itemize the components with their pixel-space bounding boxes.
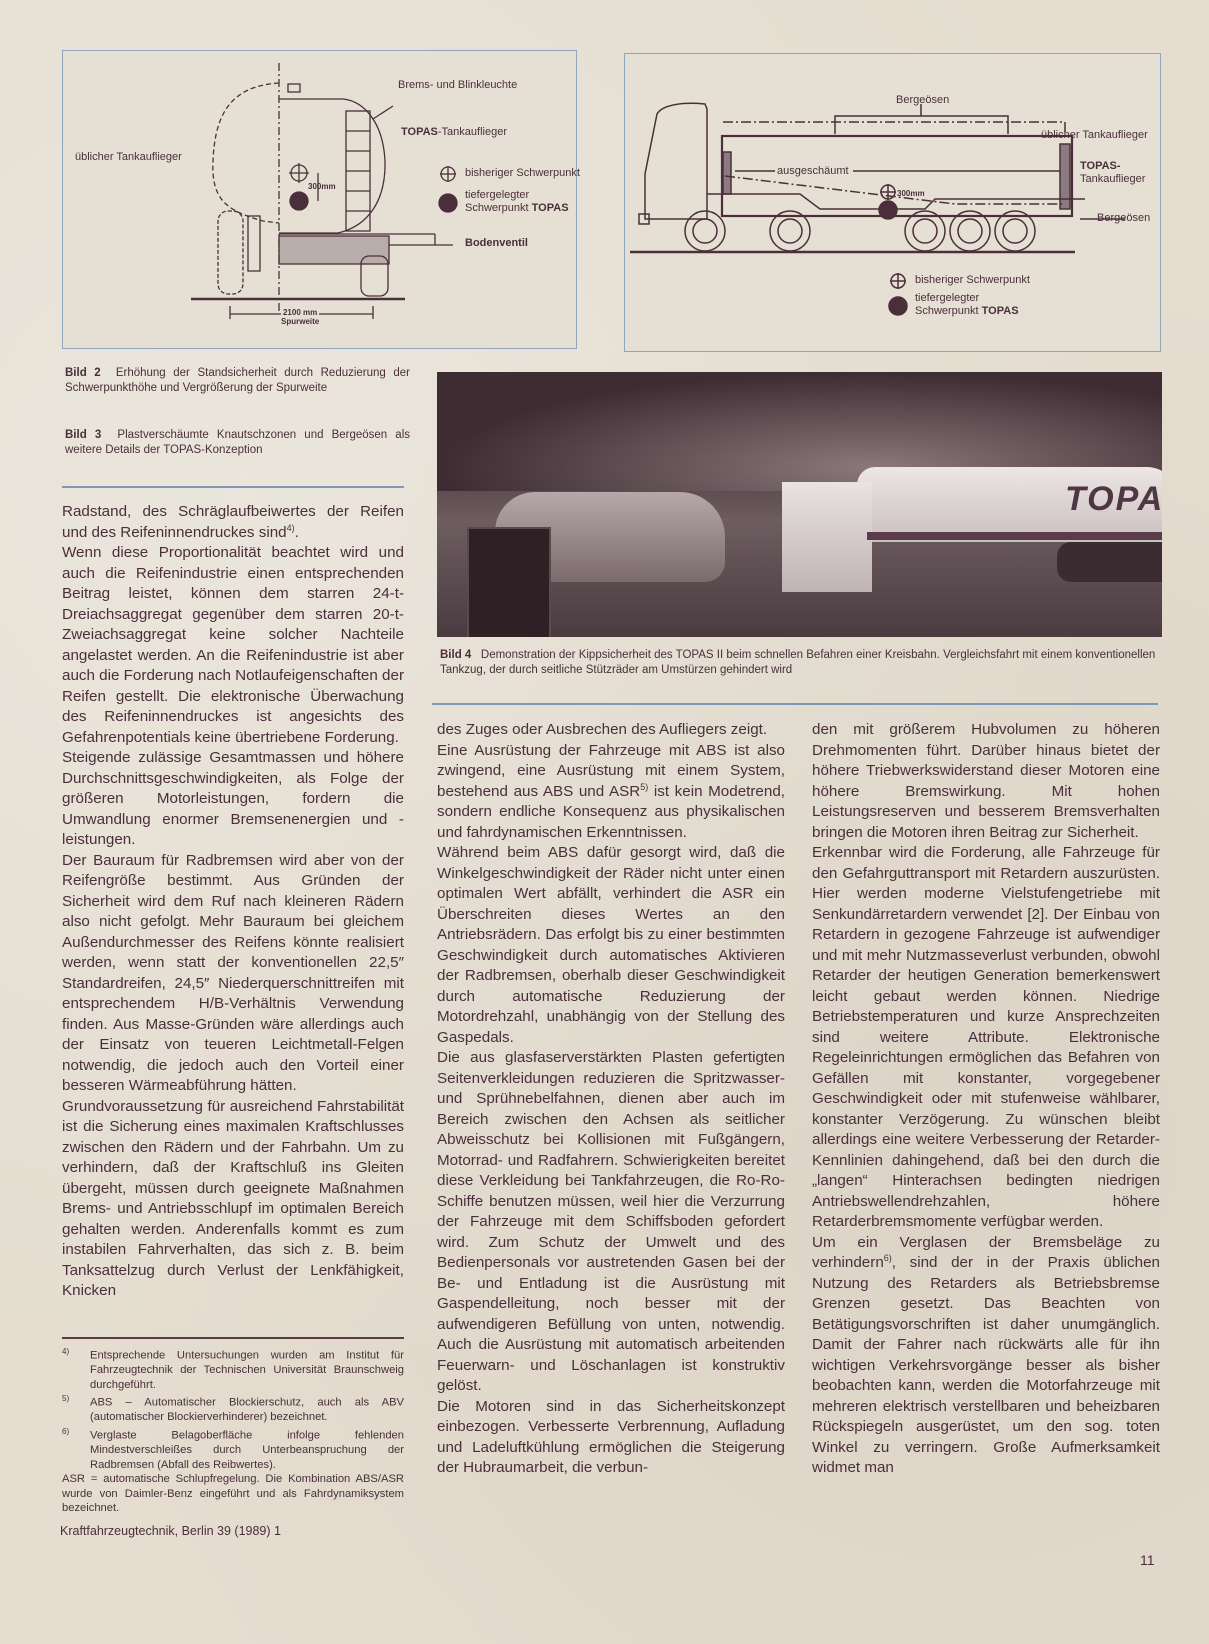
page-number: 11: [1140, 1552, 1155, 1568]
footnote-6: 6)Verglaste Belagoberfläche infolge fehl…: [62, 1425, 404, 1472]
label-foamed: ausgeschäumt: [777, 165, 849, 178]
footnote-4: 4)Entsprechende Untersuchungen wurden am…: [62, 1345, 404, 1392]
conventional-tanker-cab: [467, 527, 551, 637]
legend-lowered-cg: tiefergelegterSchwerpunkt TOPAS: [915, 292, 1019, 317]
divider-caption: [62, 486, 404, 488]
divider-photo: [432, 703, 1158, 705]
footnote-5: 5)ABS – Automatischer Blockierschutz, au…: [62, 1392, 404, 1425]
col2-paragraph-3: Während beim ABS dafür gesorgt wird, daß…: [437, 843, 785, 1048]
col1-paragraph-4: Der Bauraum für Radbremsen wird aber von…: [62, 851, 404, 1097]
col3-paragraph-1: den mit größerem Hubvolumen zu höheren D…: [812, 720, 1160, 843]
label-conventional-trailer: üblicher Tankauflieger: [75, 151, 182, 164]
legend-previous-cg: bisheriger Schwerpunkt: [465, 167, 580, 180]
dimension-300mm: 300mm: [897, 189, 925, 198]
journal-footer: Kraftfahrzeugtechnik, Berlin 39 (1989) 1: [60, 1524, 281, 1538]
label-topas-trailer: TOPAS-Tankauflieger: [401, 126, 507, 139]
dimension-300mm: 300mm: [308, 182, 336, 191]
caption-bild-4: Bild 4 Demonstration der Kippsicherheit …: [440, 648, 1160, 678]
label-topas-trailer: TOPAS-Tankauflieger: [1080, 160, 1145, 185]
label-recovery-eyes-side: Bergeösen: [1097, 212, 1150, 225]
figure-2-diagram: üblicher Tankauflieger Brems- und Blinkl…: [62, 50, 577, 349]
footnotes: 4)Entsprechende Untersuchungen wurden am…: [62, 1345, 404, 1516]
col3-paragraph-2: Erkennbar wird die Forderung, alle Fahrz…: [812, 843, 1160, 1233]
label-brake-light: Brems- und Blinkleuchte: [398, 79, 517, 92]
footnote-divider: [62, 1337, 404, 1339]
tank-truck-side-view-drawing: [625, 54, 1160, 351]
label-bottom-valve: Bodenventil: [465, 237, 528, 250]
caption-bild-3: Bild 3 Plastverschäumte Knautschzonen un…: [65, 428, 410, 458]
col2-paragraph-5: Die Motoren sind in das Sicherheitskonze…: [437, 1397, 785, 1479]
col1-paragraph-1: Radstand, des Schräglaufbeiwertes der Re…: [62, 502, 404, 543]
legend-previous-cg: bisheriger Schwerpunkt: [915, 274, 1030, 287]
column-3: den mit größerem Hubvolumen zu höheren D…: [812, 720, 1160, 1479]
col1-paragraph-2: Wenn diese Proportionalität beachtet wir…: [62, 543, 404, 748]
col1-paragraph-3: Steigende zulässige Gesamtmassen und höh…: [62, 748, 404, 851]
column-2: des Zuges oder Ausbrechen des Aufliegers…: [437, 720, 785, 1479]
caption-bild-2: Bild 2 Erhöhung der Standsicherheit durc…: [65, 366, 410, 396]
col2-paragraph-2: Eine Ausrüstung der Fahrzeuge mit ABS is…: [437, 741, 785, 844]
column-1: Radstand, des Schräglaufbeiwertes der Re…: [62, 502, 404, 1302]
col2-paragraph-1: des Zuges oder Ausbrechen des Aufliegers…: [437, 720, 785, 741]
label-recovery-eyes-top: Bergeösen: [896, 94, 949, 107]
topas-tanker-cab: [782, 482, 872, 592]
col2-paragraph-4: Die aus glasfaserverstärkten Plasten gef…: [437, 1048, 785, 1397]
topas-logo: TOPAS: [1065, 480, 1162, 519]
topas-stripe: [867, 532, 1162, 540]
legend-lowered-cg: tiefergelegterSchwerpunkt TOPAS: [465, 189, 569, 214]
dimension-track-width: 2100 mmSpurweite: [281, 308, 319, 326]
col3-paragraph-3: Um ein Verglasen der Bremsbeläge zu verh…: [812, 1233, 1160, 1479]
topas-wheels: [1057, 542, 1162, 582]
col1-paragraph-5: Grundvoraussetzung für ausreichend Fahrs…: [62, 1097, 404, 1302]
photo-tanker-demonstration: TOPAS: [437, 372, 1162, 637]
footnote-asr: ASR = automatische Schlupfregelung. Die …: [62, 1472, 404, 1516]
figure-3-diagram: Bergeösen üblicher Tankauflieger ausgesc…: [624, 53, 1161, 352]
label-conventional-trailer: üblicher Tankauflieger: [1041, 129, 1148, 142]
